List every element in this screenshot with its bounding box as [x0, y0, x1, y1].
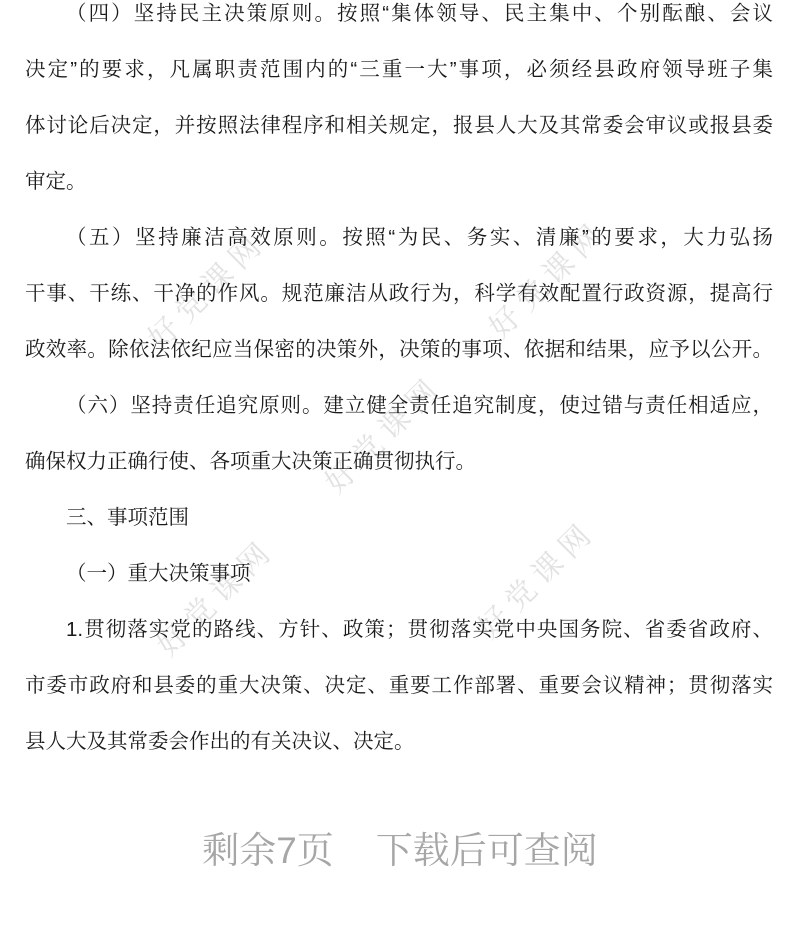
paragraph-line: 决定”的要求，凡属职责范围内的“三重一大”事项，必须经县政府领导班子集 — [25, 42, 773, 98]
paragraph-5: （五）坚持廉洁高效原则。按照“为民、务实、清廉”的要求，大力弘扬 干事、干练、干… — [25, 210, 773, 378]
remaining-pages-notice: 剩余7页下载后可查阅 — [0, 827, 800, 875]
paragraph-line: （四）坚持民主决策原则。按照“集体领导、民主集中、个别酝酿、会议 — [25, 0, 773, 42]
subsection-heading-text: （一）重大决策事项 — [25, 546, 773, 602]
paragraph-line: 确保权力正确行使、各项重大决策正确贯彻执行。 — [25, 434, 773, 490]
download-hint: 下载后可查阅 — [376, 830, 598, 871]
section-heading: 三、事项范围 — [25, 490, 773, 546]
document-page: （四）坚持民主决策原则。按照“集体领导、民主集中、个别酝酿、会议 决定”的要求，… — [0, 0, 800, 770]
paragraph-line: 县人大及其常委会作出的有关决议、决定。 — [25, 714, 773, 770]
paragraph-line: 体讨论后决定，并按照法律程序和相关规定，报县人大及其常委会审议或报县委 — [25, 98, 773, 154]
paragraph-line: （五）坚持廉洁高效原则。按照“为民、务实、清廉”的要求，大力弘扬 — [25, 210, 773, 266]
paragraph-4: （四）坚持民主决策原则。按照“集体领导、民主集中、个别酝酿、会议 决定”的要求，… — [25, 0, 773, 210]
paragraph-line: 干事、干练、干净的作风。规范廉洁从政行为，科学有效配置行政资源，提高行 — [25, 266, 773, 322]
subsection-heading: （一）重大决策事项 — [25, 546, 773, 602]
remaining-pages-count: 剩余7页 — [202, 830, 334, 871]
paragraph-line: （六）坚持责任追究原则。建立健全责任追究制度，使过错与责任相适应， — [25, 378, 773, 434]
paragraph-line: 市委市政府和县委的重大决策、决定、重要工作部署、重要会议精神；贯彻落实 — [25, 658, 773, 714]
section-heading-text: 三、事项范围 — [25, 490, 773, 546]
paragraph-line: 1.贯彻落实党的路线、方针、政策；贯彻落实党中央国务院、省委省政府、 — [25, 602, 773, 658]
paragraph-6: （六）坚持责任追究原则。建立健全责任追究制度，使过错与责任相适应， 确保权力正确… — [25, 378, 773, 490]
paragraph-line: 政效率。除依法依纪应当保密的决策外，决策的事项、依据和结果，应予以公开。 — [25, 322, 773, 378]
paragraph-line: 审定。 — [25, 154, 773, 210]
paragraph-item-1: 1.贯彻落实党的路线、方针、政策；贯彻落实党中央国务院、省委省政府、 市委市政府… — [25, 602, 773, 770]
